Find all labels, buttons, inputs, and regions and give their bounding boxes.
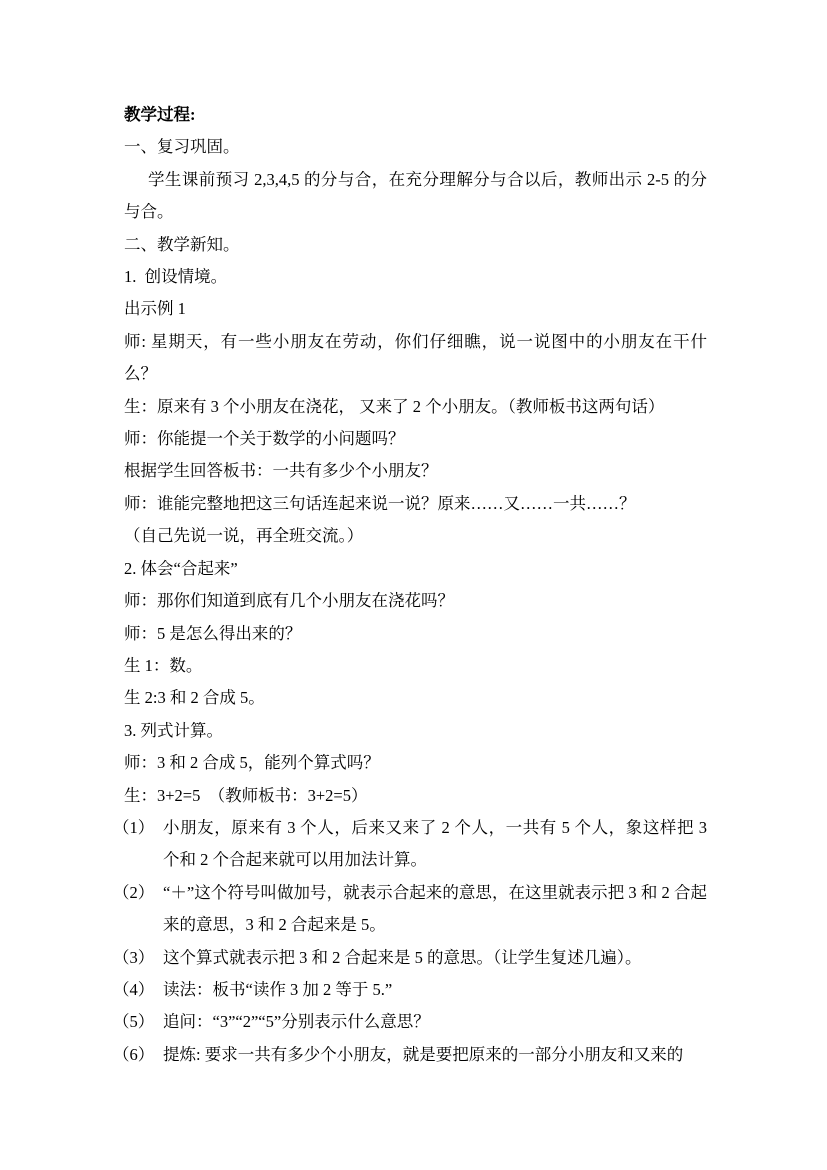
paragraph: 2. 体会“合起来”: [124, 553, 707, 585]
list-item: （3）这个算式就表示把 3 和 2 合起来是 5 的意思。（让学生复述几遍）。: [113, 942, 707, 974]
list-item: （1）小朋友，原来有 3 个人，后来又来了 2 个人，一共有 5 个人，象这样把…: [113, 812, 707, 877]
paragraph: 一、复习巩固。: [124, 131, 707, 163]
list-item: （2）“＋”这个符号叫做加号，就表示合起来的意思，在这里就表示把 3 和 2 合…: [113, 877, 707, 942]
paragraph: 学生课前预习 2,3,4,5 的分与合，在充分理解分与合以后，教师出示 2-5 …: [124, 164, 707, 229]
paragraph: 师：那你们知道到底有几个小朋友在浇花吗？: [124, 585, 707, 617]
list-item: （6）提炼: 要求一共有多少个小朋友，就是要把原来的一部分小朋友和又来的: [113, 1039, 707, 1071]
document-heading: 教学过程:: [124, 99, 707, 131]
paragraph: 二、教学新知。: [124, 229, 707, 261]
document-body: 教学过程:一、复习巩固。学生课前预习 2,3,4,5 的分与合，在充分理解分与合…: [124, 99, 707, 1071]
list-item-marker: （2）: [113, 877, 163, 942]
paragraph: 出示例 1: [124, 293, 707, 325]
list-item: （5）追问：“3”“2”“5”分别表示什么意思？: [113, 1006, 707, 1038]
list-item-marker: （1）: [113, 812, 163, 877]
paragraph: 师：3 和 2 合成 5，能列个算式吗？: [124, 747, 707, 779]
paragraph: 根据学生回答板书：一共有多少个小朋友？: [124, 455, 707, 487]
paragraph: 生：3+2=5 （教师板书：3+2=5）: [124, 780, 707, 812]
list-item-marker: （3）: [113, 942, 163, 974]
list-item-text: 读法：板书“读作 3 加 2 等于 5.”: [163, 974, 707, 1006]
list-item-text: 追问：“3”“2”“5”分别表示什么意思？: [163, 1006, 707, 1038]
list-item-text: 这个算式就表示把 3 和 2 合起来是 5 的意思。（让学生复述几遍）。: [163, 942, 707, 974]
paragraph: 师：谁能完整地把这三句话连起来说一说？原来……又……一共……？: [124, 488, 707, 520]
document-page: 教学过程:一、复习巩固。学生课前预习 2,3,4,5 的分与合，在充分理解分与合…: [0, 0, 827, 1170]
paragraph: （自己先说一说，再全班交流。）: [124, 520, 707, 552]
list-item-text: 小朋友，原来有 3 个人，后来又来了 2 个人，一共有 5 个人，象这样把 3 …: [163, 812, 707, 877]
list-item-marker: （6）: [113, 1039, 163, 1071]
list-item-text: “＋”这个符号叫做加号，就表示合起来的意思，在这里就表示把 3 和 2 合起来的…: [163, 877, 707, 942]
paragraph: 3. 列式计算。: [124, 715, 707, 747]
paragraph: 师：你能提一个关于数学的小问题吗？: [124, 423, 707, 455]
list-item: （4）读法：板书“读作 3 加 2 等于 5.”: [113, 974, 707, 1006]
paragraph: 生 1：数。: [124, 650, 707, 682]
list-item-marker: （5）: [113, 1006, 163, 1038]
paragraph: 1. 创设情境。: [124, 261, 707, 293]
paragraph: 师: 星期天，有一些小朋友在劳动，你们仔细瞧，说一说图中的小朋友在干什么？: [124, 326, 707, 391]
paragraph: 生：原来有 3 个小朋友在浇花， 又来了 2 个小朋友。（教师板书这两句话）: [124, 391, 707, 423]
list-item-marker: （4）: [113, 974, 163, 1006]
paragraph: 生 2:3 和 2 合成 5。: [124, 682, 707, 714]
paragraph: 师：5 是怎么得出来的？: [124, 618, 707, 650]
list-item-text: 提炼: 要求一共有多少个小朋友，就是要把原来的一部分小朋友和又来的: [163, 1039, 707, 1071]
